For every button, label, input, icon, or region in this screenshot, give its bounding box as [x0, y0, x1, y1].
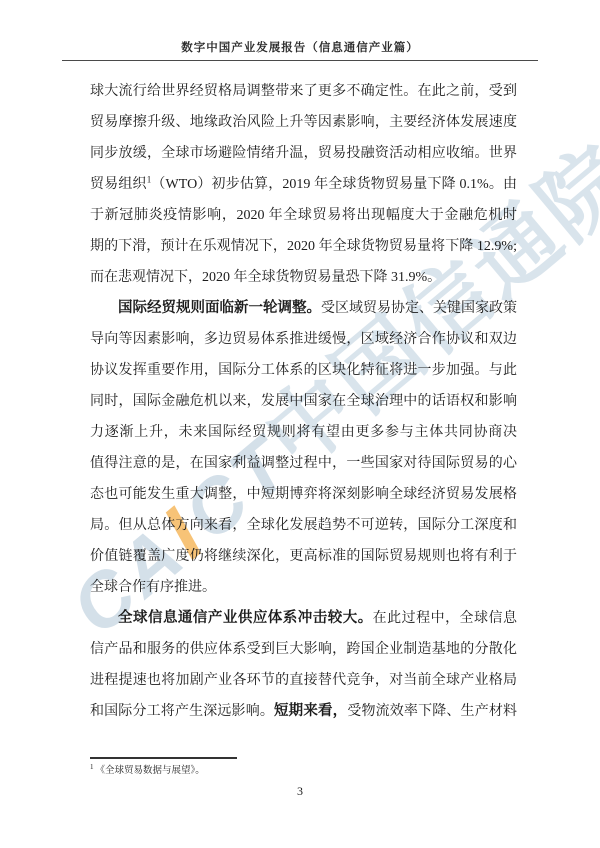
text-line: 力逐渐上升，未来国际经贸规则将有望由更多参与主体共同协商决定。: [90, 417, 517, 448]
body-text-segment: 值得注意的是，在国家利益调整过程中，一些国家对待国际贸易的心: [90, 456, 517, 471]
text-line: 价值链覆盖广度仍将继续深化，更高标准的国际贸易规则也将有利于: [90, 541, 517, 572]
text-line: 贸易摩擦升级、地缘政治风险上升等因素影响，主要经济体发展速度: [90, 107, 517, 138]
body-text-segment: 局。但从总体方向来看，全球化发展趋势不可逆转，国际分工深度和: [90, 518, 517, 533]
page-number: 3: [0, 784, 600, 799]
text-line: 而在悲观情况下，2020 年全球货物贸易量恐下降 31.9%。: [90, 262, 517, 293]
footnote: 1《全球贸易数据与展望》。: [90, 762, 205, 776]
body-text-segment: 于新冠肺炎疫情影响，2020 年全球贸易将出现幅度大于金融危机时: [90, 208, 517, 223]
body-text-segment: 信产品和服务的供应体系受到巨大影响，跨国企业制造基地的分散化: [90, 642, 517, 657]
body-text-segment: 期的下滑，预计在乐观情况下，2020 年全球货物贸易量将下降 12.9%;: [90, 239, 517, 254]
footnote-divider: [90, 757, 237, 759]
bold-lead-text: 国际经贸规则面临新一轮调整。: [118, 300, 321, 316]
text-line: 于新冠肺炎疫情影响，2020 年全球贸易将出现幅度大于金融危机时: [90, 200, 517, 231]
body-text-segment: 同步放缓，全球市场避险情绪升温，贸易投融资活动相应收缩。世界: [90, 146, 517, 161]
text-line: 信产品和服务的供应体系受到巨大影响，跨国企业制造基地的分散化: [90, 634, 517, 665]
body-text-segment: 价值链覆盖广度仍将继续深化，更高标准的国际贸易规则也将有利于: [90, 549, 517, 564]
text-line: 球大流行给世界经贸格局调整带来了更多不确定性。在此之前，受到: [90, 76, 517, 107]
header-title: 数字中国产业发展报告（信息通信产业篇）: [0, 39, 600, 55]
footnote-text: 《全球贸易数据与展望》。: [96, 766, 205, 776]
body-text-segment: 力逐渐上升，未来国际经贸规则将有望由更多参与主体共同协商决定。: [90, 425, 517, 448]
text-line: 进程提速也将加剧产业各环节的直接替代竞争，对当前全球产业格局: [90, 665, 517, 696]
text-line: 全球信息通信产业供应体系冲击较大。在此过程中，全球信息通: [90, 603, 517, 634]
body-text-segment: 和国际分工将产生深远影响。: [90, 704, 274, 719]
body-text-segment: 全球合作有序推进。: [90, 580, 216, 595]
text-line: 全球合作有序推进。: [90, 572, 517, 603]
body-text-segment: 同时，国际金融危机以来，发展中国家在全球治理中的话语权和影响: [90, 394, 517, 409]
text-line: 同时，国际金融危机以来，发展中国家在全球治理中的话语权和影响: [90, 386, 517, 417]
body-text-segment: 受物流效率下降、生产材料: [347, 704, 517, 719]
body-text-segment: 受区域贸易协定、关键国家政策: [321, 301, 517, 316]
text-line: 期的下滑，预计在乐观情况下，2020 年全球货物贸易量将下降 12.9%;: [90, 231, 517, 262]
text-line: 贸易组织1（WTO）初步估算，2019 年全球货物贸易量下降 0.1%。由: [90, 169, 517, 200]
body-text-segment: （WTO）初步估算，2019 年全球货物贸易量下降 0.1%。由: [151, 177, 517, 192]
body-text-segment: 进程提速也将加剧产业各环节的直接替代竞争，对当前全球产业格局: [90, 673, 517, 688]
body-text-segment: 球大流行给世界经贸格局调整带来了更多不确定性。在此之前，受到: [90, 84, 517, 99]
bold-lead-text: 全球信息通信产业供应体系冲击较大。: [118, 610, 373, 626]
body-text-segment: 贸易摩擦升级、地缘政治风险上升等因素影响，主要经济体发展速度: [90, 115, 517, 130]
bold-lead-text: 短期来看，: [274, 703, 347, 719]
document-page: 数字中国产业发展报告（信息通信产业篇） CAICT中国信通院 球大流行给世界经贸…: [0, 0, 600, 848]
body-text-segment: 而在悲观情况下，2020 年全球货物贸易量恐下降 31.9%。: [90, 270, 441, 285]
body-text-segment: 协议发挥重要作用，国际分工体系的区块化特征将进一步加强。与此: [90, 363, 517, 378]
body-text-segment: 态也可能发生重大调整，中短期博弈将深刻影响全球经济贸易发展格: [90, 487, 517, 502]
text-line: 和国际分工将产生深远影响。短期来看，受物流效率下降、生产材料: [90, 696, 517, 727]
text-line: 同步放缓，全球市场避险情绪升温，贸易投融资活动相应收缩。世界: [90, 138, 517, 169]
text-line: 国际经贸规则面临新一轮调整。受区域贸易协定、关键国家政策: [90, 293, 517, 324]
body-text-segment: 导向等因素影响，多边贸易体系推进缓慢，区域经济合作协议和双边: [90, 332, 517, 347]
body-text-segment: 贸易组织: [90, 177, 147, 192]
text-line: 协议发挥重要作用，国际分工体系的区块化特征将进一步加强。与此: [90, 355, 517, 386]
text-line: 局。但从总体方向来看，全球化发展趋势不可逆转，国际分工深度和: [90, 510, 517, 541]
footnote-marker: 1: [90, 763, 94, 771]
header-rule: [62, 60, 538, 61]
text-line: 值得注意的是，在国家利益调整过程中，一些国家对待国际贸易的心: [90, 448, 517, 479]
text-line: 导向等因素影响，多边贸易体系推进缓慢，区域经济合作协议和双边: [90, 324, 517, 355]
body-text: 球大流行给世界经贸格局调整带来了更多不确定性。在此之前，受到贸易摩擦升级、地缘政…: [90, 76, 517, 727]
text-line: 态也可能发生重大调整，中短期博弈将深刻影响全球经济贸易发展格: [90, 479, 517, 510]
